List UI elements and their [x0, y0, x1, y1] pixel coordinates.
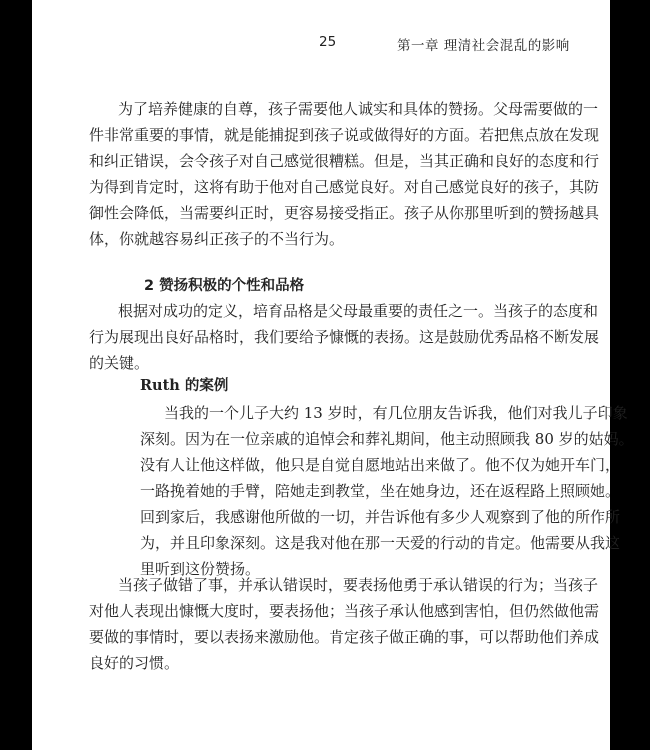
paragraph-line: 件非常重要的事情，就是能捕捉到孩子说或做得好的方面。若把焦点放在发现	[89, 125, 599, 145]
paragraph-line: 为了培养健康的自尊，孩子需要他人诚实和具体的赞扬。父母需要做的一	[118, 99, 598, 119]
case-study-line: 深刻。因为在一位亲戚的追悼会和葬礼期间，他主动照顾我 80 岁的姑妈。	[140, 429, 634, 449]
case-study-line: 为，并且印象深刻。这是我对他在那一天爱的行动的肯定。他需要从我这	[140, 533, 620, 553]
paragraph-line: 对他人表现出慷慨大度时，要表扬他；当孩子承认他感到害怕，但仍然做他需	[89, 601, 599, 621]
case-study-line: 当我的一个儿子大约 13 岁时，有几位朋友告诉我，他们对我儿子印象	[164, 403, 628, 423]
paragraph-line: 良好的习惯。	[89, 653, 179, 673]
case-study-heading: Ruth 的案例	[140, 376, 228, 396]
paragraph-line: 根据对成功的定义，培育品格是父母最重要的责任之一。当孩子的态度和	[118, 301, 598, 321]
paragraph-line: 体，你就越容易纠正孩子的不当行为。	[89, 229, 344, 249]
case-study-line: 一路挽着她的手臂，陪她走到教堂，坐在她身边，还在返程路上照顾她。	[140, 481, 620, 501]
page-number: 25	[319, 34, 336, 50]
paragraph-line: 为得到肯定时，这将有助于他对自己感觉良好。对自己感觉良好的孩子，其防	[89, 177, 599, 197]
case-study-line: 没有人让他这样做，他只是自觉自愿地站出来做了。他不仅为她开车门，	[140, 455, 620, 475]
paragraph-line: 要做的事情时，要以表扬来激励他。肯定孩子做正确的事，可以帮助他们养成	[89, 627, 599, 647]
book-page: 25 第一章 理清社会混乱的影响 为了培养健康的自尊，孩子需要他人诚实和具体的赞…	[32, 0, 610, 750]
paragraph-line: 和纠正错误，会令孩子对自己感觉很糟糕。但是，当其正确和良好的态度和行	[89, 151, 599, 171]
section-heading: 2 赞扬积极的个性和品格	[144, 276, 304, 296]
paragraph-line: 的关键。	[89, 353, 149, 373]
paragraph-line: 御性会降低，当需要纠正时，更容易接受指正。孩子从你那里听到的赞扬越具	[89, 203, 599, 223]
paragraph-line: 行为展现出良好品格时，我们要给予慷慨的表扬。这是鼓励优秀品格不断发展	[89, 327, 599, 347]
running-header: 25 第一章 理清社会混乱的影响	[32, 34, 610, 54]
case-study-line: 回到家后，我感谢他所做的一切，并告诉他有多少人观察到了他的所作所	[140, 507, 620, 527]
paragraph-line: 当孩子做错了事，并承认错误时，要表扬他勇于承认错误的行为；当孩子	[118, 575, 598, 595]
chapter-title: 第一章 理清社会混乱的影响	[397, 34, 570, 54]
